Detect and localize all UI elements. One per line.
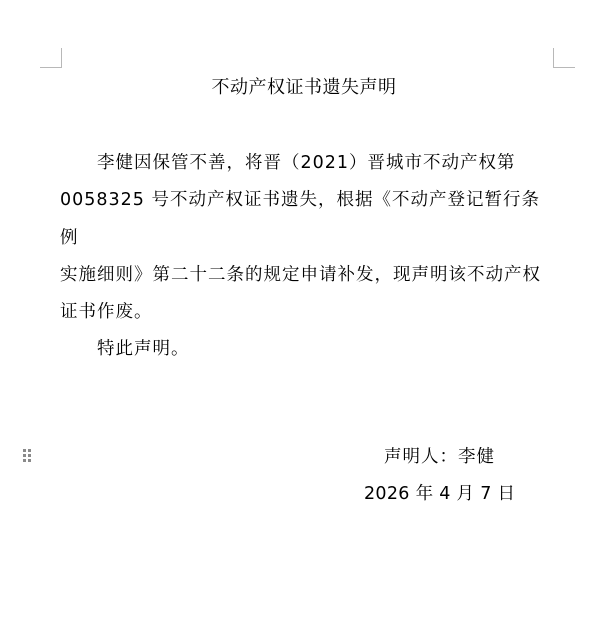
body-line: 李健因保管不善，将晋（2021）晋城市不动产权第 — [60, 145, 556, 182]
document-body[interactable]: 李健因保管不善，将晋（2021）晋城市不动产权第 0058325 号不动产权证书… — [60, 145, 556, 369]
six-dot-grip-icon[interactable] — [23, 449, 33, 463]
closing-line: 特此声明。 — [60, 331, 556, 368]
body-line: 实施细则》第二十二条的规定申请补发，现声明该不动产权 — [60, 257, 556, 294]
date-line: 2026 年 4 月 7 日 — [364, 481, 515, 507]
document-title: 不动产权证书遗失声明 — [0, 75, 608, 101]
body-line: 0058325 号不动产权证书遗失，根据《不动产登记暂行条例 — [60, 182, 556, 257]
top-right-margin-mark — [553, 48, 575, 68]
body-line: 证书作废。 — [60, 294, 556, 331]
signer-line: 声明人：李健 — [384, 444, 495, 470]
top-left-margin-mark — [40, 48, 62, 68]
